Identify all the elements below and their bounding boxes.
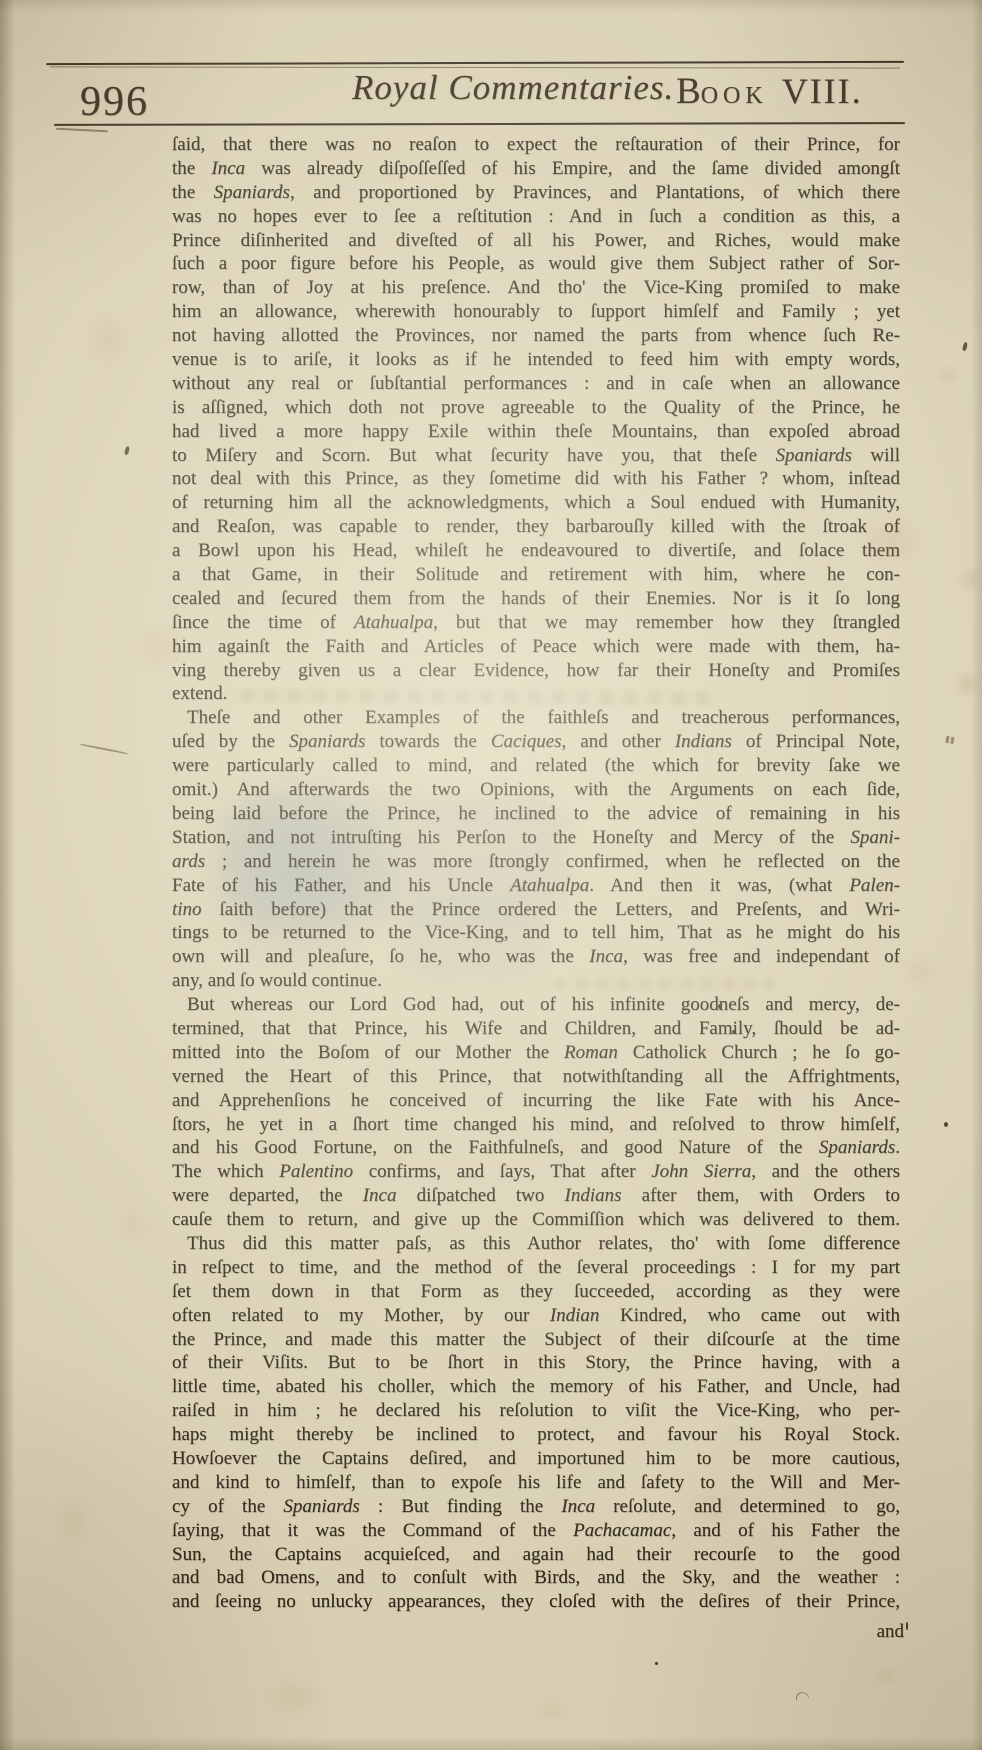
text-line: and bad Omens, and to conſult with Birds…	[172, 1566, 900, 1590]
italic-text: tino	[172, 899, 202, 920]
pen-mark	[793, 1689, 811, 1707]
stain	[262, 1676, 326, 1718]
roman-text: ſince the time of	[172, 612, 354, 633]
roman-text: , and of his Father the	[671, 1520, 900, 1541]
roman-text: haps might thereby be inclined to protec…	[172, 1424, 900, 1445]
roman-text: , and the others	[751, 1161, 900, 1182]
roman-text: .	[895, 1137, 900, 1158]
roman-text: But whereas our Lord God had, out of his…	[187, 994, 900, 1015]
roman-text: , was free and independant of	[623, 946, 900, 967]
text-line: raiſed in him ; he declared his reſoluti…	[172, 1399, 900, 1423]
roman-text: omit.) And afterwards the two Opinions, …	[172, 779, 900, 800]
text-line: him againſt the Faith and Articles of Pe…	[172, 635, 900, 659]
italic-text: Indian	[550, 1305, 600, 1326]
roman-text: verned the Heart of this Prince, that no…	[172, 1066, 900, 1087]
text-line: a Bowl upon his Head, whileſt he endeavo…	[172, 539, 900, 563]
roman-text: ſuch a poor figure before his People, as…	[172, 253, 900, 274]
text-line: tings to be returned to the Vice-King, a…	[172, 921, 900, 945]
italic-text: Inca	[589, 946, 623, 967]
text-line: of returning him all the acknowledgments…	[172, 491, 900, 515]
text-line: cy of the Spaniards : But finding the In…	[172, 1495, 900, 1519]
roman-text: had lived a more happy Exile within theſ…	[172, 421, 900, 442]
roman-text: of Principal Note,	[732, 731, 900, 752]
stain	[900, 955, 940, 987]
roman-text: row, than of Joy at his preſence. And th…	[172, 277, 900, 298]
roman-text: Sun, the Captains acquieſced, and again …	[172, 1544, 900, 1565]
text-line: The which Palentino confirms, and ſays, …	[172, 1160, 900, 1184]
roman-text: cauſe them to return, and give up the Co…	[172, 1209, 900, 1230]
roman-text: were particularly called to mind, and re…	[172, 755, 900, 776]
italic-text: ards	[172, 851, 205, 872]
roman-text: was no hopes ever to ſee a reſtitution :…	[172, 206, 900, 227]
roman-text: Prince diſinherited and diveſted of all …	[172, 230, 900, 251]
ink-speck	[906, 1622, 908, 1630]
italic-text: Atahualpa	[354, 612, 433, 633]
roman-text: any, and ſo would continue.	[172, 970, 382, 991]
italic-text: Spaniards	[289, 731, 365, 752]
roman-text: of their Viſits. But to be ſhort in this…	[172, 1352, 900, 1373]
text-line: were departed, the Inca diſpatched two I…	[172, 1184, 900, 1208]
roman-text: of returning him all the acknowledgments…	[172, 492, 900, 513]
text-line: is aſſigned, which doth not prove agreea…	[172, 396, 900, 420]
text-line: of their Viſits. But to be ſhort in this…	[172, 1351, 900, 1375]
roman-text: raiſed in him ; he declared his reſoluti…	[172, 1400, 900, 1421]
roman-text: The which	[172, 1161, 279, 1182]
italic-text: Spaniards	[776, 445, 852, 466]
italic-text: Spani-	[850, 827, 900, 848]
roman-text: tings to be returned to the Vice-King, a…	[172, 922, 900, 943]
book-word-rest: OOK	[701, 83, 768, 109]
roman-text: a Bowl upon his Head, whileſt he endeavo…	[172, 540, 900, 561]
text-line: and his Good Fortune, on the Faithfulneſ…	[172, 1136, 900, 1160]
book-word-initial: B	[676, 71, 701, 112]
text-line: omit.) And afterwards the two Opinions, …	[172, 778, 900, 802]
header-rule-fork	[56, 128, 108, 132]
roman-text: him an allowance, wherewith honourably t…	[172, 301, 900, 322]
roman-text: own will and pleaſure, ſo he, who was th…	[172, 946, 589, 967]
text-line: ſtors, he yet in a ſhort time changed hi…	[172, 1113, 900, 1137]
header-rule-top	[46, 61, 904, 65]
text-line: ſaid, that there was no reaſon to expect…	[172, 133, 900, 157]
text-line: ſet them down in that Form as they ſucce…	[172, 1280, 900, 1304]
roman-text: in reſpect to time, and the method of th…	[172, 1257, 900, 1278]
pen-mark	[124, 446, 130, 456]
italic-text: Roman	[564, 1042, 618, 1063]
roman-text: the	[172, 158, 211, 179]
italic-text: Inca	[211, 158, 245, 179]
italic-text: Inca	[561, 1496, 595, 1517]
stain	[958, 565, 982, 593]
book-page-scan: 996 Royal Commentaries. BOOKVIII. ſaid, …	[0, 0, 982, 1750]
text-line: the Inca was already diſpoſſeſſed of his…	[172, 157, 900, 181]
text-line: a that Game, in their Solitude and retir…	[172, 563, 900, 587]
text-line: in reſpect to time, and the method of th…	[172, 1256, 900, 1280]
ink-speck	[944, 1122, 948, 1127]
pen-mark	[945, 736, 949, 743]
italic-text: Spaniards	[819, 1137, 895, 1158]
roman-text: and ſeeing no unlucky appearances, they …	[172, 1591, 900, 1612]
roman-text: is aſſigned, which doth not prove agreea…	[172, 397, 900, 418]
text-line: cealed and ſecured them from the hands o…	[172, 587, 900, 611]
catchword: and	[820, 1621, 904, 1643]
roman-text: confirms, and ſays, That after	[353, 1161, 651, 1182]
text-line: not deal with this Prince, as they ſomet…	[172, 467, 900, 491]
text-line: But whereas our Lord God had, out of his…	[172, 993, 900, 1017]
roman-text: : But finding the	[360, 1496, 562, 1517]
text-line: without any real or ſubſtantial performa…	[172, 372, 900, 396]
text-line: had lived a more happy Exile within theſ…	[172, 420, 900, 444]
italic-text: Atahualpa	[510, 875, 589, 896]
text-line: the Spaniards, and proportioned by Pravi…	[172, 181, 900, 205]
roman-text: not deal with this Prince, as they ſomet…	[172, 468, 900, 489]
italic-text: Indians	[565, 1185, 622, 1206]
ink-speck	[655, 1662, 658, 1665]
roman-text: , and other	[562, 731, 675, 752]
roman-text: , but that we may remember how they ſtra…	[433, 612, 900, 633]
italic-text: Spaniards	[283, 1496, 359, 1517]
text-line: was no hopes ever to ſee a reſtitution :…	[172, 205, 900, 229]
roman-text: and Reaſon, was capable to render, they …	[172, 516, 900, 537]
book-numeral: VIII.	[782, 71, 863, 111]
text-line: often related to my Mother, by our India…	[172, 1304, 900, 1328]
roman-text: Fate of his Father, and his Uncle	[172, 875, 510, 896]
roman-text: cy of the	[172, 1496, 283, 1517]
italic-text: Pachacamac	[573, 1520, 671, 1541]
text-line: Prince diſinherited and diveſted of all …	[172, 229, 900, 253]
text-line: Thus did this matter paſs, as this Autho…	[172, 1232, 900, 1256]
text-line: any, and ſo would continue.	[172, 969, 900, 993]
roman-text: reſolute, and determined to go,	[595, 1496, 900, 1517]
text-line: uſed by the Spaniards towards the Caciqu…	[172, 730, 900, 754]
italic-text: Spaniards	[214, 182, 290, 203]
pen-mark	[78, 743, 129, 755]
text-line: extend.	[172, 682, 900, 706]
page-number: 996	[80, 78, 149, 126]
text-line: the Prince, and made this matter the Sub…	[172, 1328, 900, 1352]
text-line: Station, and not intruſting his Perſon t…	[172, 826, 900, 850]
roman-text: and bad Omens, and to conſult with Birds…	[172, 1567, 900, 1588]
roman-text: ſaith before) that the Prince ordered th…	[202, 899, 900, 920]
roman-text: mitted into the Boſom of our Mother the	[172, 1042, 564, 1063]
roman-text: ſtors, he yet in a ſhort time changed hi…	[172, 1114, 900, 1135]
text-line: Fate of his Father, and his Uncle Atahua…	[172, 874, 900, 898]
italic-text: Inca	[363, 1185, 397, 1206]
roman-text: , and proportioned by Pravinces, and Pla…	[290, 182, 900, 203]
text-line: not having allotted the Provinces, nor n…	[172, 324, 900, 348]
italic-text: Palen-	[849, 875, 900, 896]
roman-text: cealed and ſecured them from the hands o…	[172, 588, 900, 609]
roman-text: not having allotted the Provinces, nor n…	[172, 325, 900, 346]
roman-text: Howſoever the Captains deſired, and impo…	[172, 1448, 900, 1469]
roman-text: ſaying, that it was the Command of the	[172, 1520, 573, 1541]
book-label: BOOKVIII.	[676, 70, 863, 113]
text-line: venue is to ariſe, it looks as if he int…	[172, 348, 900, 372]
roman-text: uſed by the	[172, 731, 289, 752]
text-line: Theſe and other Examples of the faithleſ…	[172, 706, 900, 730]
stain	[55, 1495, 93, 1549]
text-line: tino ſaith before) that the Prince order…	[172, 898, 900, 922]
roman-text: towards the	[365, 731, 490, 752]
text-line: row, than of Joy at his preſence. And th…	[172, 276, 900, 300]
roman-text: will	[852, 445, 900, 466]
roman-text: after them, with Orders to	[622, 1185, 900, 1206]
roman-text: . And then it was, (what	[589, 875, 849, 896]
text-line: being laid before the Prince, he incline…	[172, 802, 900, 826]
roman-text: the	[172, 182, 214, 203]
roman-text: and his Good Fortune, on the Faithfulneſ…	[172, 1137, 819, 1158]
roman-text: a that Game, in their Solitude and retir…	[172, 564, 900, 585]
text-line: and kind to himſelf, than to expoſe his …	[172, 1471, 900, 1495]
text-line: and ſeeing no unlucky appearances, they …	[172, 1590, 900, 1614]
roman-text: Theſe and other Examples of the faithleſ…	[187, 707, 900, 728]
text-line: him an allowance, wherewith honourably t…	[172, 300, 900, 324]
text-line: and Reaſon, was capable to render, they …	[172, 515, 900, 539]
text-line: mitted into the Boſom of our Mother the …	[172, 1041, 900, 1065]
italic-text: Caciques	[491, 731, 562, 752]
stain	[935, 365, 961, 385]
roman-text: extend.	[172, 683, 227, 704]
stain	[530, 1698, 574, 1724]
text-line: to Miſery and Scorn. But what ſecurity h…	[172, 444, 900, 468]
roman-text: diſpatched two	[396, 1185, 564, 1206]
roman-text: and kind to himſelf, than to expoſe his …	[172, 1472, 900, 1493]
roman-text: ſaid, that there was no reaſon to expect…	[172, 134, 900, 155]
pen-mark	[962, 342, 968, 352]
roman-text: ſet them down in that Form as they ſucce…	[172, 1281, 900, 1302]
text-line: ſuch a poor figure before his People, as…	[172, 252, 900, 276]
text-line: were particularly called to mind, and re…	[172, 754, 900, 778]
text-line: own will and pleaſure, ſo he, who was th…	[172, 945, 900, 969]
text-line: termined, that that Prince, his Wife and…	[172, 1017, 900, 1041]
text-line: ving thereby given us a clear Evidence, …	[172, 659, 900, 683]
stain	[954, 670, 982, 698]
roman-text: was already diſpoſſeſſed of his Empire, …	[245, 158, 900, 179]
text-block: ſaid, that there was no reaſon to expect…	[172, 133, 900, 1614]
roman-text: ; and herein he was more ſtrongly confir…	[205, 851, 900, 872]
stain	[112, 1205, 156, 1243]
text-line: ſaying, that it was the Command of the P…	[172, 1519, 900, 1543]
roman-text: to Miſery and Scorn. But what ſecurity h…	[172, 445, 776, 466]
roman-text: Station, and not intruſting his Perſon t…	[172, 827, 850, 848]
italic-text: John Sierra	[651, 1161, 751, 1182]
roman-text: termined, that that Prince, his Wife and…	[172, 1018, 900, 1039]
italic-text: Palentino	[279, 1161, 353, 1182]
text-line: ards ; and herein he was more ſtrongly c…	[172, 850, 900, 874]
stain	[872, 1664, 902, 1688]
text-line: cauſe them to return, and give up the Co…	[172, 1208, 900, 1232]
text-line: and Apprehenſions he conceived of incurr…	[172, 1089, 900, 1113]
text-line: Howſoever the Captains deſired, and impo…	[172, 1447, 900, 1471]
roman-text: being laid before the Prince, he incline…	[172, 803, 900, 824]
text-line: little time, abated his choller, which t…	[172, 1375, 900, 1399]
text-line: verned the Heart of this Prince, that no…	[172, 1065, 900, 1089]
text-line: ſince the time of Atahualpa, but that we…	[172, 611, 900, 635]
stain	[84, 310, 130, 370]
roman-text: little time, abated his choller, which t…	[172, 1376, 900, 1397]
roman-text: Catholick Church ; he ſo go-	[618, 1042, 900, 1063]
header-rule-bottom	[54, 122, 905, 126]
roman-text: ving thereby given us a clear Evidence, …	[172, 660, 900, 681]
roman-text: him againſt the Faith and Articles of Pe…	[172, 636, 900, 657]
roman-text: and Apprehenſions he conceived of incurr…	[172, 1090, 900, 1111]
roman-text: the Prince, and made this matter the Sub…	[172, 1329, 900, 1350]
roman-text: without any real or ſubſtantial performa…	[172, 373, 900, 394]
roman-text: often related to my Mother, by our	[172, 1305, 550, 1326]
roman-text: Kindred, who came out with	[599, 1305, 900, 1326]
text-line: haps might thereby be inclined to protec…	[172, 1423, 900, 1447]
roman-text: venue is to ariſe, it looks as if he int…	[172, 349, 900, 370]
italic-text: Indians	[675, 731, 732, 752]
running-title: Royal Commentaries.	[352, 68, 674, 108]
text-line: Sun, the Captains acquieſced, and again …	[172, 1543, 900, 1567]
roman-text: were departed, the	[172, 1185, 363, 1206]
roman-text: Thus did this matter paſs, as this Autho…	[187, 1233, 900, 1254]
